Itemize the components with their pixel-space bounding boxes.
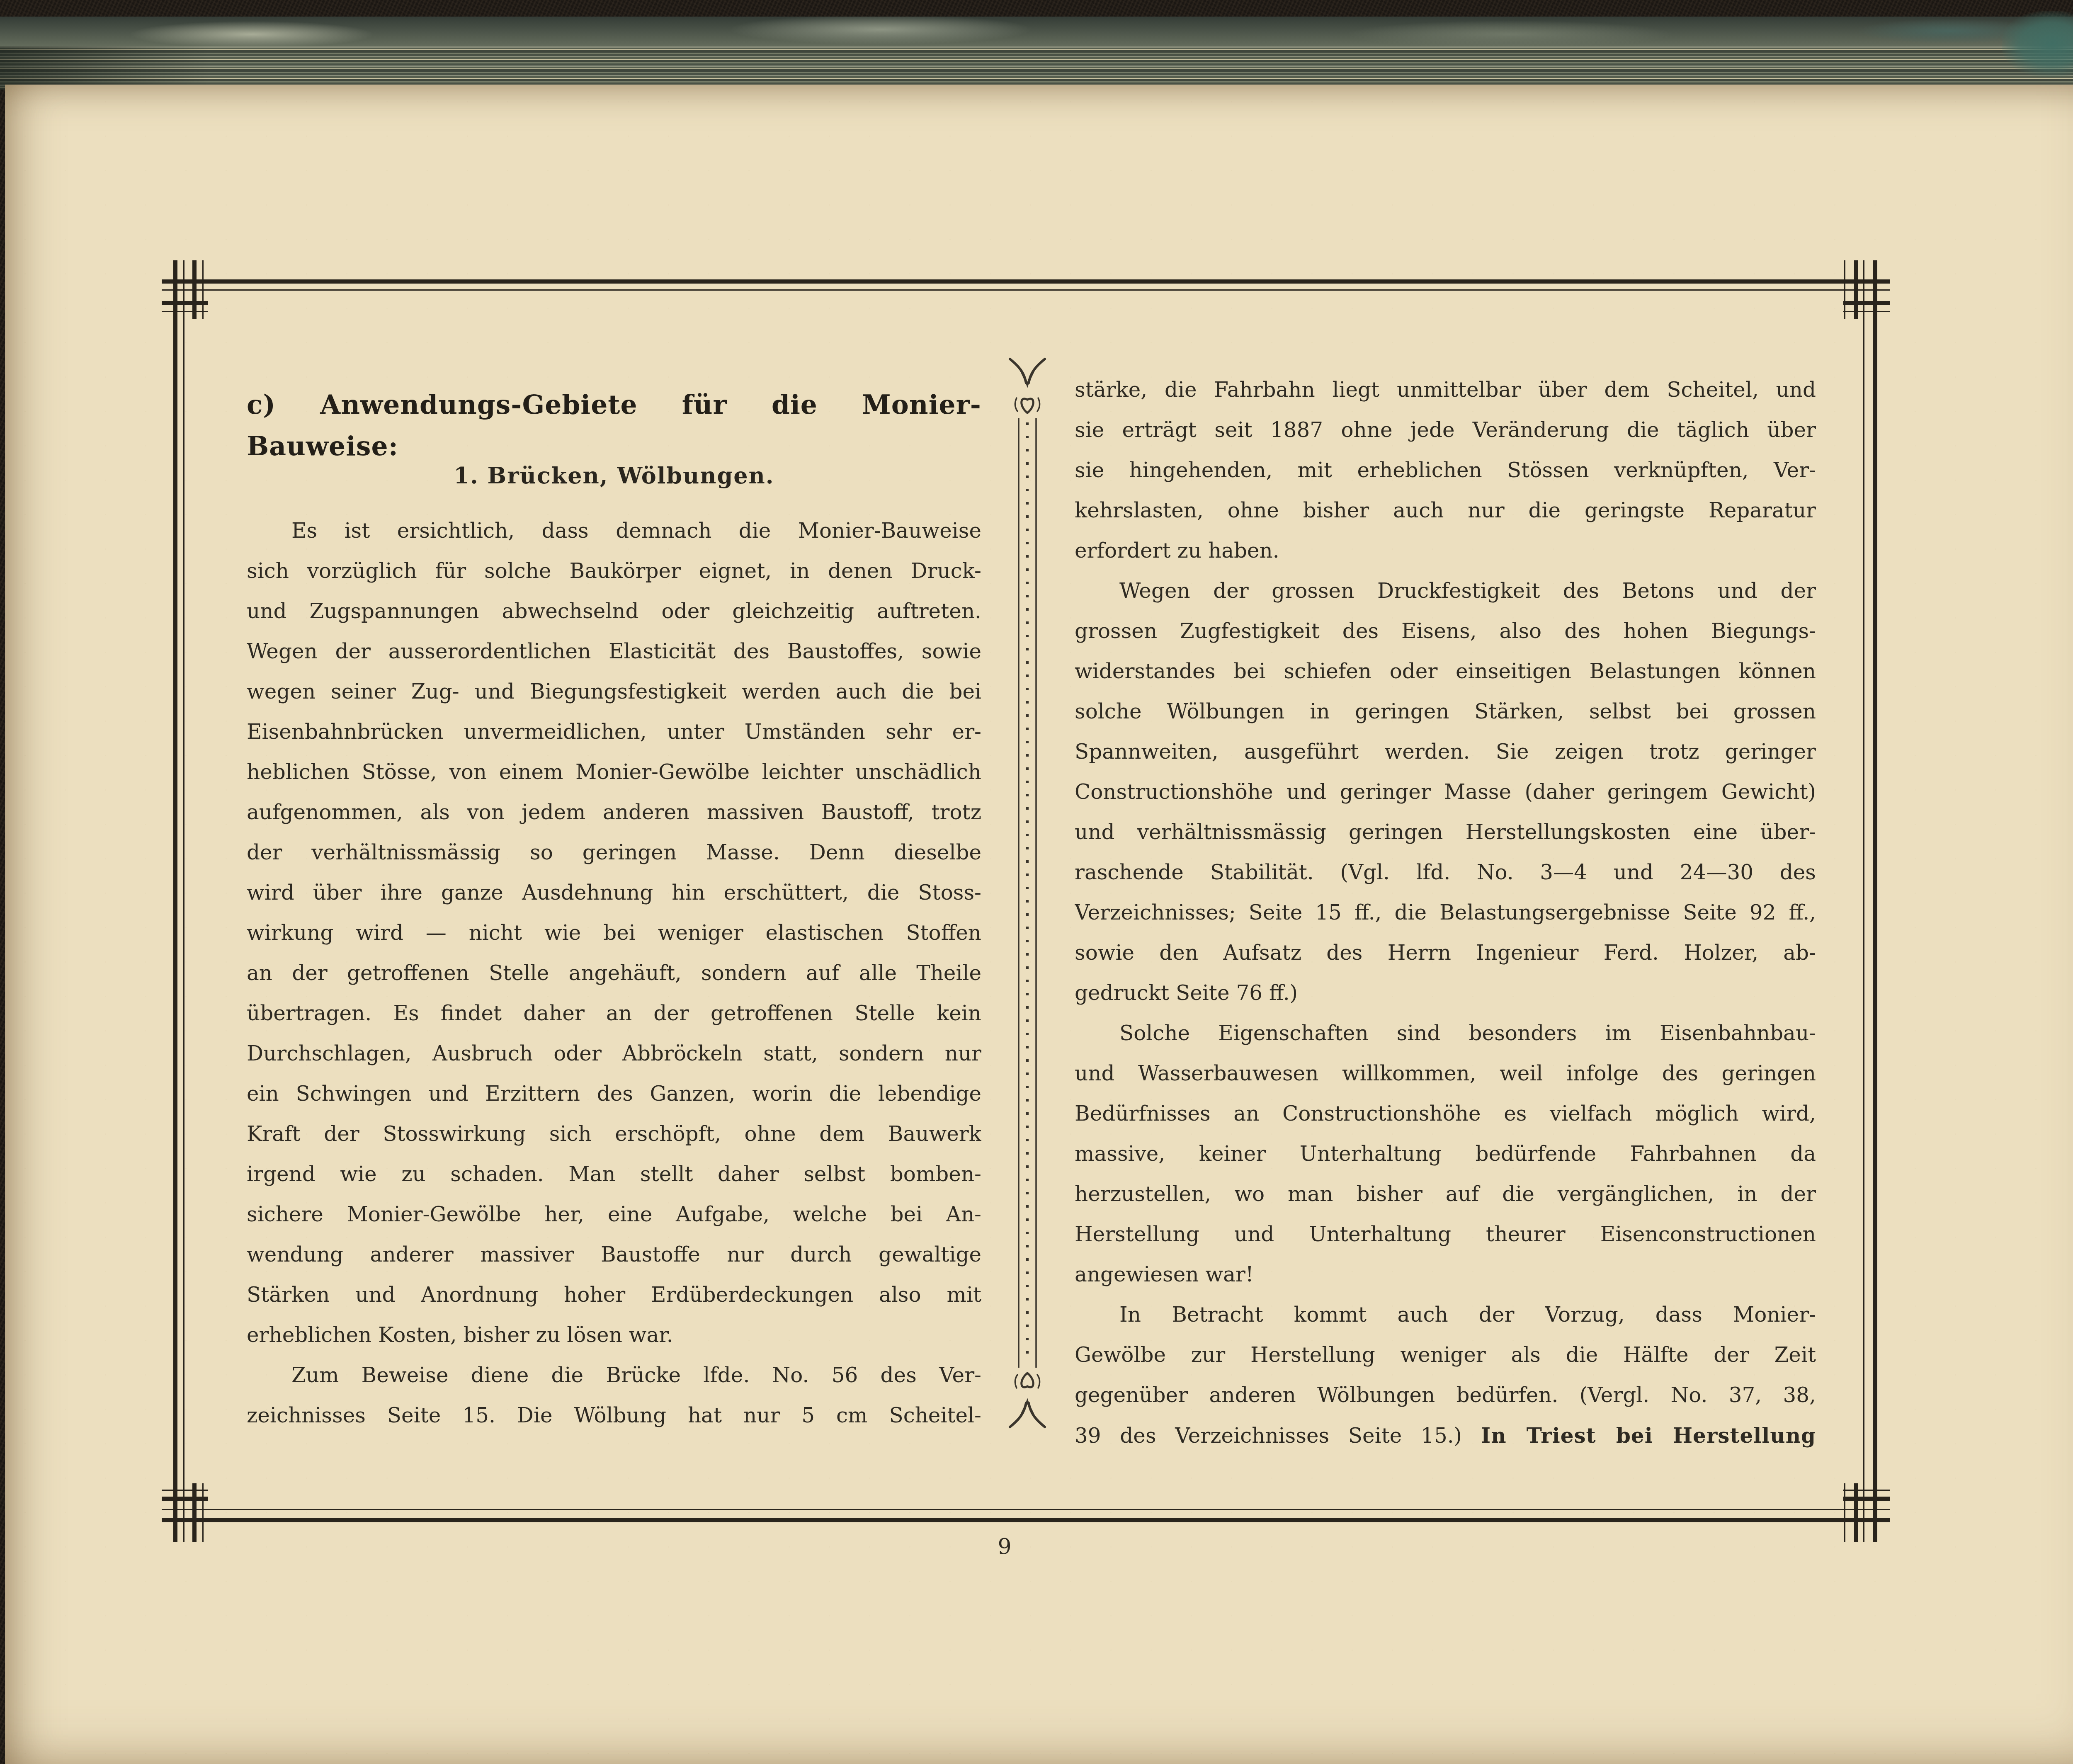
corner-bar-top-right-horizontal-thick <box>1843 301 1890 305</box>
corner-bar-top-right-horizontal-thin <box>1843 311 1890 312</box>
text-line: In Betracht kommt auch der Vorzug, dass … <box>1075 1295 1816 1335</box>
text-line: Solche Eigenschaften sind besonders im E… <box>1075 1013 1816 1053</box>
text-line: massive, keiner Unterhaltung bedürfende … <box>1075 1134 1816 1174</box>
book-photo: c) Anwendungs-Gebiete für die Monier-Bau… <box>0 0 2073 1764</box>
text-line: zeichnisses Seite 15. Die Wölbung hat nu… <box>247 1395 981 1436</box>
corner-bar-bottom-right-horizontal-thin <box>1843 1490 1890 1491</box>
corner-bar-bottom-right-vertical-thin <box>1844 1483 1845 1542</box>
text-line: kehrslasten, ohne bisher auch nur die ge… <box>1075 490 1816 531</box>
text-line: grossen Zugfestigkeit des Eisens, also d… <box>1075 611 1816 651</box>
text-line: Stärken und Anordnung hoher Erdüberdecku… <box>247 1275 981 1315</box>
text-line: übertragen. Es findet daher an der getro… <box>247 993 981 1034</box>
antler-cup <box>1021 370 1034 385</box>
text-line: erfordert zu haben. <box>1075 531 1816 571</box>
left-column: Es ist ersichtlich, dass demnach die Mon… <box>247 511 981 1436</box>
text-line: Durchschlagen, Ausbruch oder Abbröckeln … <box>247 1034 981 1074</box>
text-line: Spannweiten, ausgeführt werden. Sie zeig… <box>1075 732 1816 772</box>
corner-bar-bottom-left-horizontal-thick <box>162 1497 208 1501</box>
corner-bar-bottom-left-vertical-thin <box>202 1483 204 1542</box>
right-column: stärke, die Fahrbahn liegt unmittelbar ü… <box>1075 370 1816 1456</box>
paragraph: Wegen der grossen Druckfestigkeit des Be… <box>1075 571 1816 1013</box>
paragraph: stärke, die Fahrbahn liegt unmittelbar ü… <box>1075 370 1816 571</box>
text-line: ein Schwingen und Erzittern des Ganzen, … <box>247 1074 981 1114</box>
stacked-page-edges-top <box>0 17 2073 49</box>
text-line: Zum Beweise diene die Brücke lfde. No. 5… <box>247 1355 981 1395</box>
heart-ornament <box>1022 399 1034 413</box>
text-line: wegen seiner Zug- und Biegungsfestigkeit… <box>247 672 981 712</box>
text-line: irgend wie zu schaden. Man stellt daher … <box>247 1154 981 1194</box>
section-heading: c) Anwendungs-Gebiete für die Monier-Bau… <box>247 384 981 425</box>
text-line: Wegen der ausserordentlichen Elasticität… <box>247 631 981 672</box>
text-line: Verzeichnisses; Seite 15 ff., die Belast… <box>1075 893 1816 933</box>
text-line: gegenüber anderen Wölbungen bedürfen. (V… <box>1075 1375 1816 1415</box>
column-divider-ornament <box>1003 354 1052 1432</box>
frame-bottom-thick-rule <box>162 1518 1890 1522</box>
text-line: sie hingehenden, mit erheblichen Stössen… <box>1075 450 1816 490</box>
paragraph: Zum Beweise diene die Brücke lfde. No. 5… <box>247 1355 981 1436</box>
text-run: 39 des Verzeichnisses Seite 15.) <box>1075 1424 1481 1448</box>
corner-bar-bottom-left-horizontal-thin <box>162 1490 208 1491</box>
text-line: Bedürfnisses an Constructionshöhe es vie… <box>1075 1094 1816 1134</box>
frame-left-thick-rule <box>173 260 177 1542</box>
text-line: Es ist ersichtlich, dass demnach die Mon… <box>247 511 981 551</box>
text-line: wendung anderer massiver Baustoffe nur d… <box>247 1235 981 1275</box>
paragraph: Es ist ersichtlich, dass demnach die Mon… <box>247 511 981 1355</box>
frame-left-thin-rule <box>183 260 184 1542</box>
text-line: heblichen Stösse, von einem Monier-Gewöl… <box>247 752 981 792</box>
text-line: und verhältnissmässig geringen Herstellu… <box>1075 812 1816 852</box>
text-line: Wegen der grossen Druckfestigkeit des Be… <box>1075 571 1816 611</box>
page-number: 9 <box>969 1532 1040 1561</box>
text-line: gedruckt Seite 76 ff.) <box>1075 973 1816 1013</box>
text-line: 39 des Verzeichnisses Seite 15.) In Trie… <box>1075 1415 1816 1456</box>
text-line: und Zugspannungen abwechselnd oder gleic… <box>247 591 981 631</box>
text-line: raschende Stabilität. (Vgl. lfd. No. 3—4… <box>1075 852 1816 893</box>
corner-bar-top-right-vertical-thick <box>1854 260 1858 319</box>
text-line: aufgenommen, als von jedem anderen massi… <box>247 792 981 832</box>
paragraph: Solche Eigenschaften sind besonders im E… <box>1075 1013 1816 1295</box>
corner-bar-top-left-vertical-thick <box>192 260 197 319</box>
corner-bar-bottom-right-vertical-thick <box>1854 1483 1858 1542</box>
corner-bar-bottom-right-horizontal-thick <box>1843 1497 1890 1501</box>
text-line: stärke, die Fahrbahn liegt unmittelbar ü… <box>1075 370 1816 410</box>
stacked-page-edges <box>0 46 2073 90</box>
text-line: Gewölbe zur Herstellung weniger als die … <box>1075 1335 1816 1375</box>
text-line: erheblichen Kosten, bisher zu lösen war. <box>247 1315 981 1355</box>
corner-bar-top-left-vertical-thin <box>202 260 204 319</box>
corner-bar-top-left-horizontal-thin <box>162 311 208 312</box>
text-line: sichere Monier-Gewölbe her, eine Aufgabe… <box>247 1194 981 1235</box>
paragraph: In Betracht kommt auch der Vorzug, dass … <box>1075 1295 1816 1456</box>
text-line: an der getroffenen Stelle angehäuft, son… <box>247 953 981 993</box>
text-line: wird über ihre ganze Ausdehnung hin ersc… <box>247 873 981 913</box>
text-line: herzustellen, wo man bisher auf die verg… <box>1075 1174 1816 1214</box>
text-line: angewiesen war! <box>1075 1254 1816 1295</box>
text-line: sie erträgt seit 1887 ohne jede Veränder… <box>1075 410 1816 450</box>
bold-emphasis-text: In Triest bei Herstellung <box>1481 1423 1816 1448</box>
corner-bar-bottom-left-vertical-thick <box>192 1483 197 1542</box>
text-line: Herstellung und Unterhaltung theurer Eis… <box>1075 1214 1816 1254</box>
book-page: c) Anwendungs-Gebiete für die Monier-Bau… <box>5 85 2073 1764</box>
text-line: Eisenbahnbrücken unvermeidlichen, unter … <box>247 712 981 752</box>
text-line: wirkung wird — nicht wie bei weniger ela… <box>247 913 981 953</box>
subsection-heading: 1. Brücken, Wölbungen. <box>247 457 981 494</box>
corner-bar-top-right-vertical-thin <box>1844 260 1845 319</box>
frame-top-thin-rule <box>162 289 1890 291</box>
frame-right-thick-rule <box>1873 260 1877 1542</box>
text-line: solche Wölbungen in geringen Stärken, se… <box>1075 692 1816 732</box>
text-line: sowie den Aufsatz des Herrn Ingenieur Fe… <box>1075 933 1816 973</box>
frame-bottom-thin-rule <box>162 1509 1890 1510</box>
frame-right-thin-rule <box>1863 260 1864 1542</box>
text-line: der verhältnissmässig so geringen Masse.… <box>247 832 981 873</box>
antler-right <box>1029 359 1045 383</box>
corner-bar-top-left-horizontal-thick <box>162 301 208 305</box>
antler-left <box>1010 359 1026 383</box>
text-line: Kraft der Stosswirkung sich erschöpft, o… <box>247 1114 981 1154</box>
text-line: Constructionshöhe und geringer Masse (da… <box>1075 772 1816 812</box>
text-line: widerstandes bei schiefen oder einseitig… <box>1075 651 1816 692</box>
frame-top-thick-rule <box>162 279 1890 284</box>
text-line: und Wasserbauwesen willkommen, weil info… <box>1075 1053 1816 1094</box>
text-line: sich vorzüglich für solche Baukörper eig… <box>247 551 981 591</box>
